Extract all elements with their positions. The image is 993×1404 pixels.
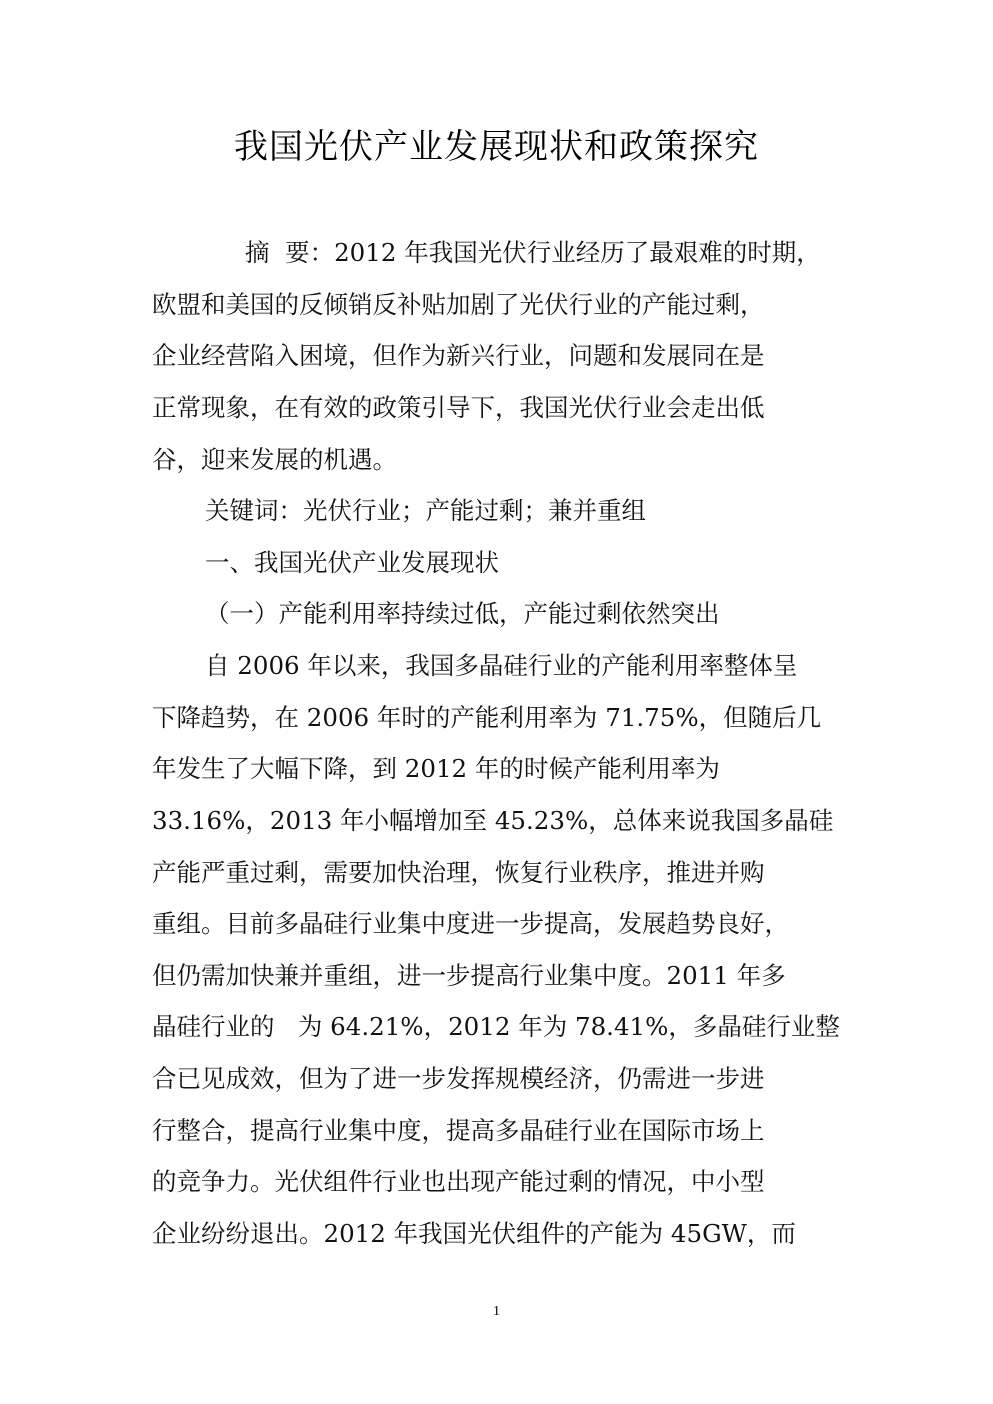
body-line: 年发生了大幅下降，到 2012 年的时候产能利用率为: [152, 749, 720, 789]
body-line: 产能严重过剩，需要加快治理，恢复行业秩序，推进并购: [152, 853, 765, 893]
body-line: 合已见成效，但为了进一步发挥规模经济，仍需进一步进: [152, 1059, 765, 1099]
body-line: 的竞争力。光伏组件行业也出现产能过剩的情况，中小型: [152, 1162, 765, 1202]
document-title: 我国光伏产业发展现状和政策探究: [0, 122, 993, 172]
body-line: 行整合，提高行业集中度，提高多晶硅行业在国际市场上: [152, 1111, 765, 1151]
abstract-line-2: 欧盟和美国的反倾销反补贴加剧了光伏行业的产能过剩，: [152, 285, 765, 325]
section-heading: 一、我国光伏产业发展现状: [205, 543, 499, 583]
abstract-line-1: 摘 要：2012 年我国光伏行业经历了最艰难的时期，: [245, 233, 821, 273]
body-line: 但仍需加快兼并重组，进一步提高行业集中度。2011 年多: [152, 956, 786, 996]
subsection-heading: （一）产能利用率持续过低，产能过剩依然突出: [205, 594, 720, 634]
page-number: 1: [0, 1302, 993, 1322]
document-page: 我国光伏产业发展现状和政策探究 摘 要：2012 年我国光伏行业经历了最艰难的时…: [0, 0, 993, 1404]
body-line: 33.16%，2013 年小幅增加至 45.23%，总体来说我国多晶硅: [152, 801, 833, 841]
body-line: 自 2006 年以来，我国多晶硅行业的产能利用率整体呈: [205, 646, 797, 686]
abstract-line-5: 谷，迎来发展的机遇。: [152, 440, 397, 480]
body-line: 重组。目前多晶硅行业集中度进一步提高，发展趋势良好，: [152, 904, 789, 944]
keywords-line: 关键词：光伏行业；产能过剩；兼并重组: [205, 491, 646, 531]
abstract-line-3: 企业经营陷入困境，但作为新兴行业，问题和发展同在是: [152, 336, 765, 376]
body-line: 企业纷纷退出。2012 年我国光伏组件的产能为 45GW，而: [152, 1214, 796, 1254]
abstract-line-4: 正常现象，在有效的政策引导下，我国光伏行业会走出低: [152, 388, 765, 428]
body-line: 下降趋势，在 2006 年时的产能利用率为 71.75%，但随后几: [152, 698, 821, 738]
body-line: 晶硅行业的 为 64.21%，2012 年为 78.41%，多晶硅行业整: [152, 1007, 840, 1047]
